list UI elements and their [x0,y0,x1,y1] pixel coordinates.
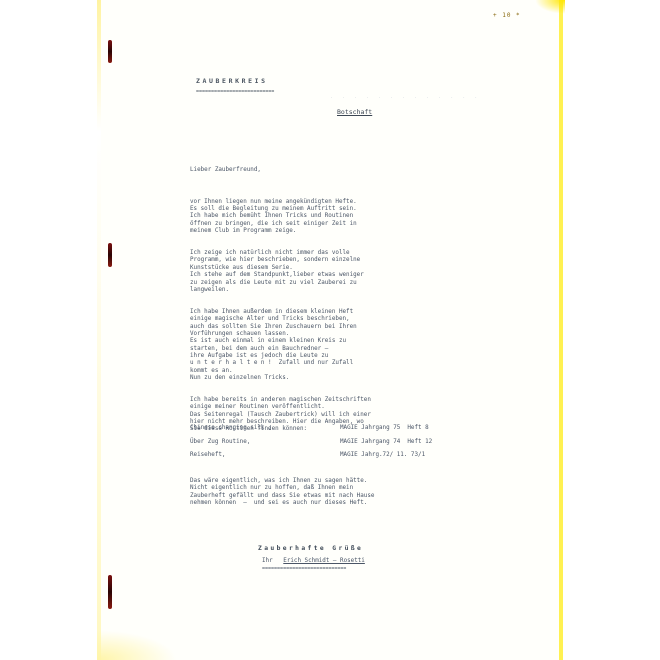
letter-body: Lieber Zauberfreund, vor Ihnen liegen nu… [190,152,450,441]
salutation: Lieber Zauberfreund, [190,167,450,174]
signature-name: Erich Schmidt – Rosetti [283,558,365,564]
letterhead-rule: ========================== [196,89,274,95]
paragraph: vor Ihnen liegen nun meine angekündigten… [190,199,450,236]
page-edge-right [559,0,563,660]
page-number-mark: + 10 * [493,12,521,19]
reference-list: Chinese changing silk , MAGIE Jahrgang 7… [190,425,432,466]
reference-source: MAGIE Jahrg.72/ 11. 73/1 [340,452,425,466]
reference-title: Über Zug Routine, [190,439,340,453]
page-edge-left [97,0,101,660]
signature-rule: ============================ [262,566,346,572]
reference-row: Reiseheft, MAGIE Jahrg.72/ 11. 73/1 [190,452,432,466]
subject-heading: Botschaft [337,108,372,116]
binding-mark-middle [108,243,112,267]
letterhead: ZAUBERKREIS [196,77,268,85]
faint-header-text: . . . . . . . . . . . . . [330,94,480,100]
closing-greeting: Zauberhafte Grüße [258,545,363,552]
signature-line: Ihr Erich Schmidt – Rosetti [262,558,365,564]
reference-row: Chinese changing silk , MAGIE Jahrgang 7… [190,425,432,439]
reference-title: Reiseheft, [190,452,340,466]
reference-source: MAGIE Jahrgang 75 Heft 8 [340,425,429,439]
binding-mark-bottom [108,575,112,609]
closing-paragraph: Das wäre eigentlich, was ich Ihnen zu sa… [190,478,374,507]
reference-title: Chinese changing silk , [190,425,340,439]
signature-prefix: Ihr [262,558,273,564]
paragraph: Ich habe Ihnen außerdem in diesem kleine… [190,309,450,382]
binding-mark-top [108,40,112,63]
reference-row: Über Zug Routine, MAGIE Jahrgang 74 Heft… [190,439,432,453]
bottom-stain [97,630,177,660]
paragraph: Ich zeige ich natürlich nicht immer das … [190,250,450,294]
reference-source: MAGIE Jahrgang 74 Heft 12 [340,439,432,453]
corner-stain [535,0,565,14]
